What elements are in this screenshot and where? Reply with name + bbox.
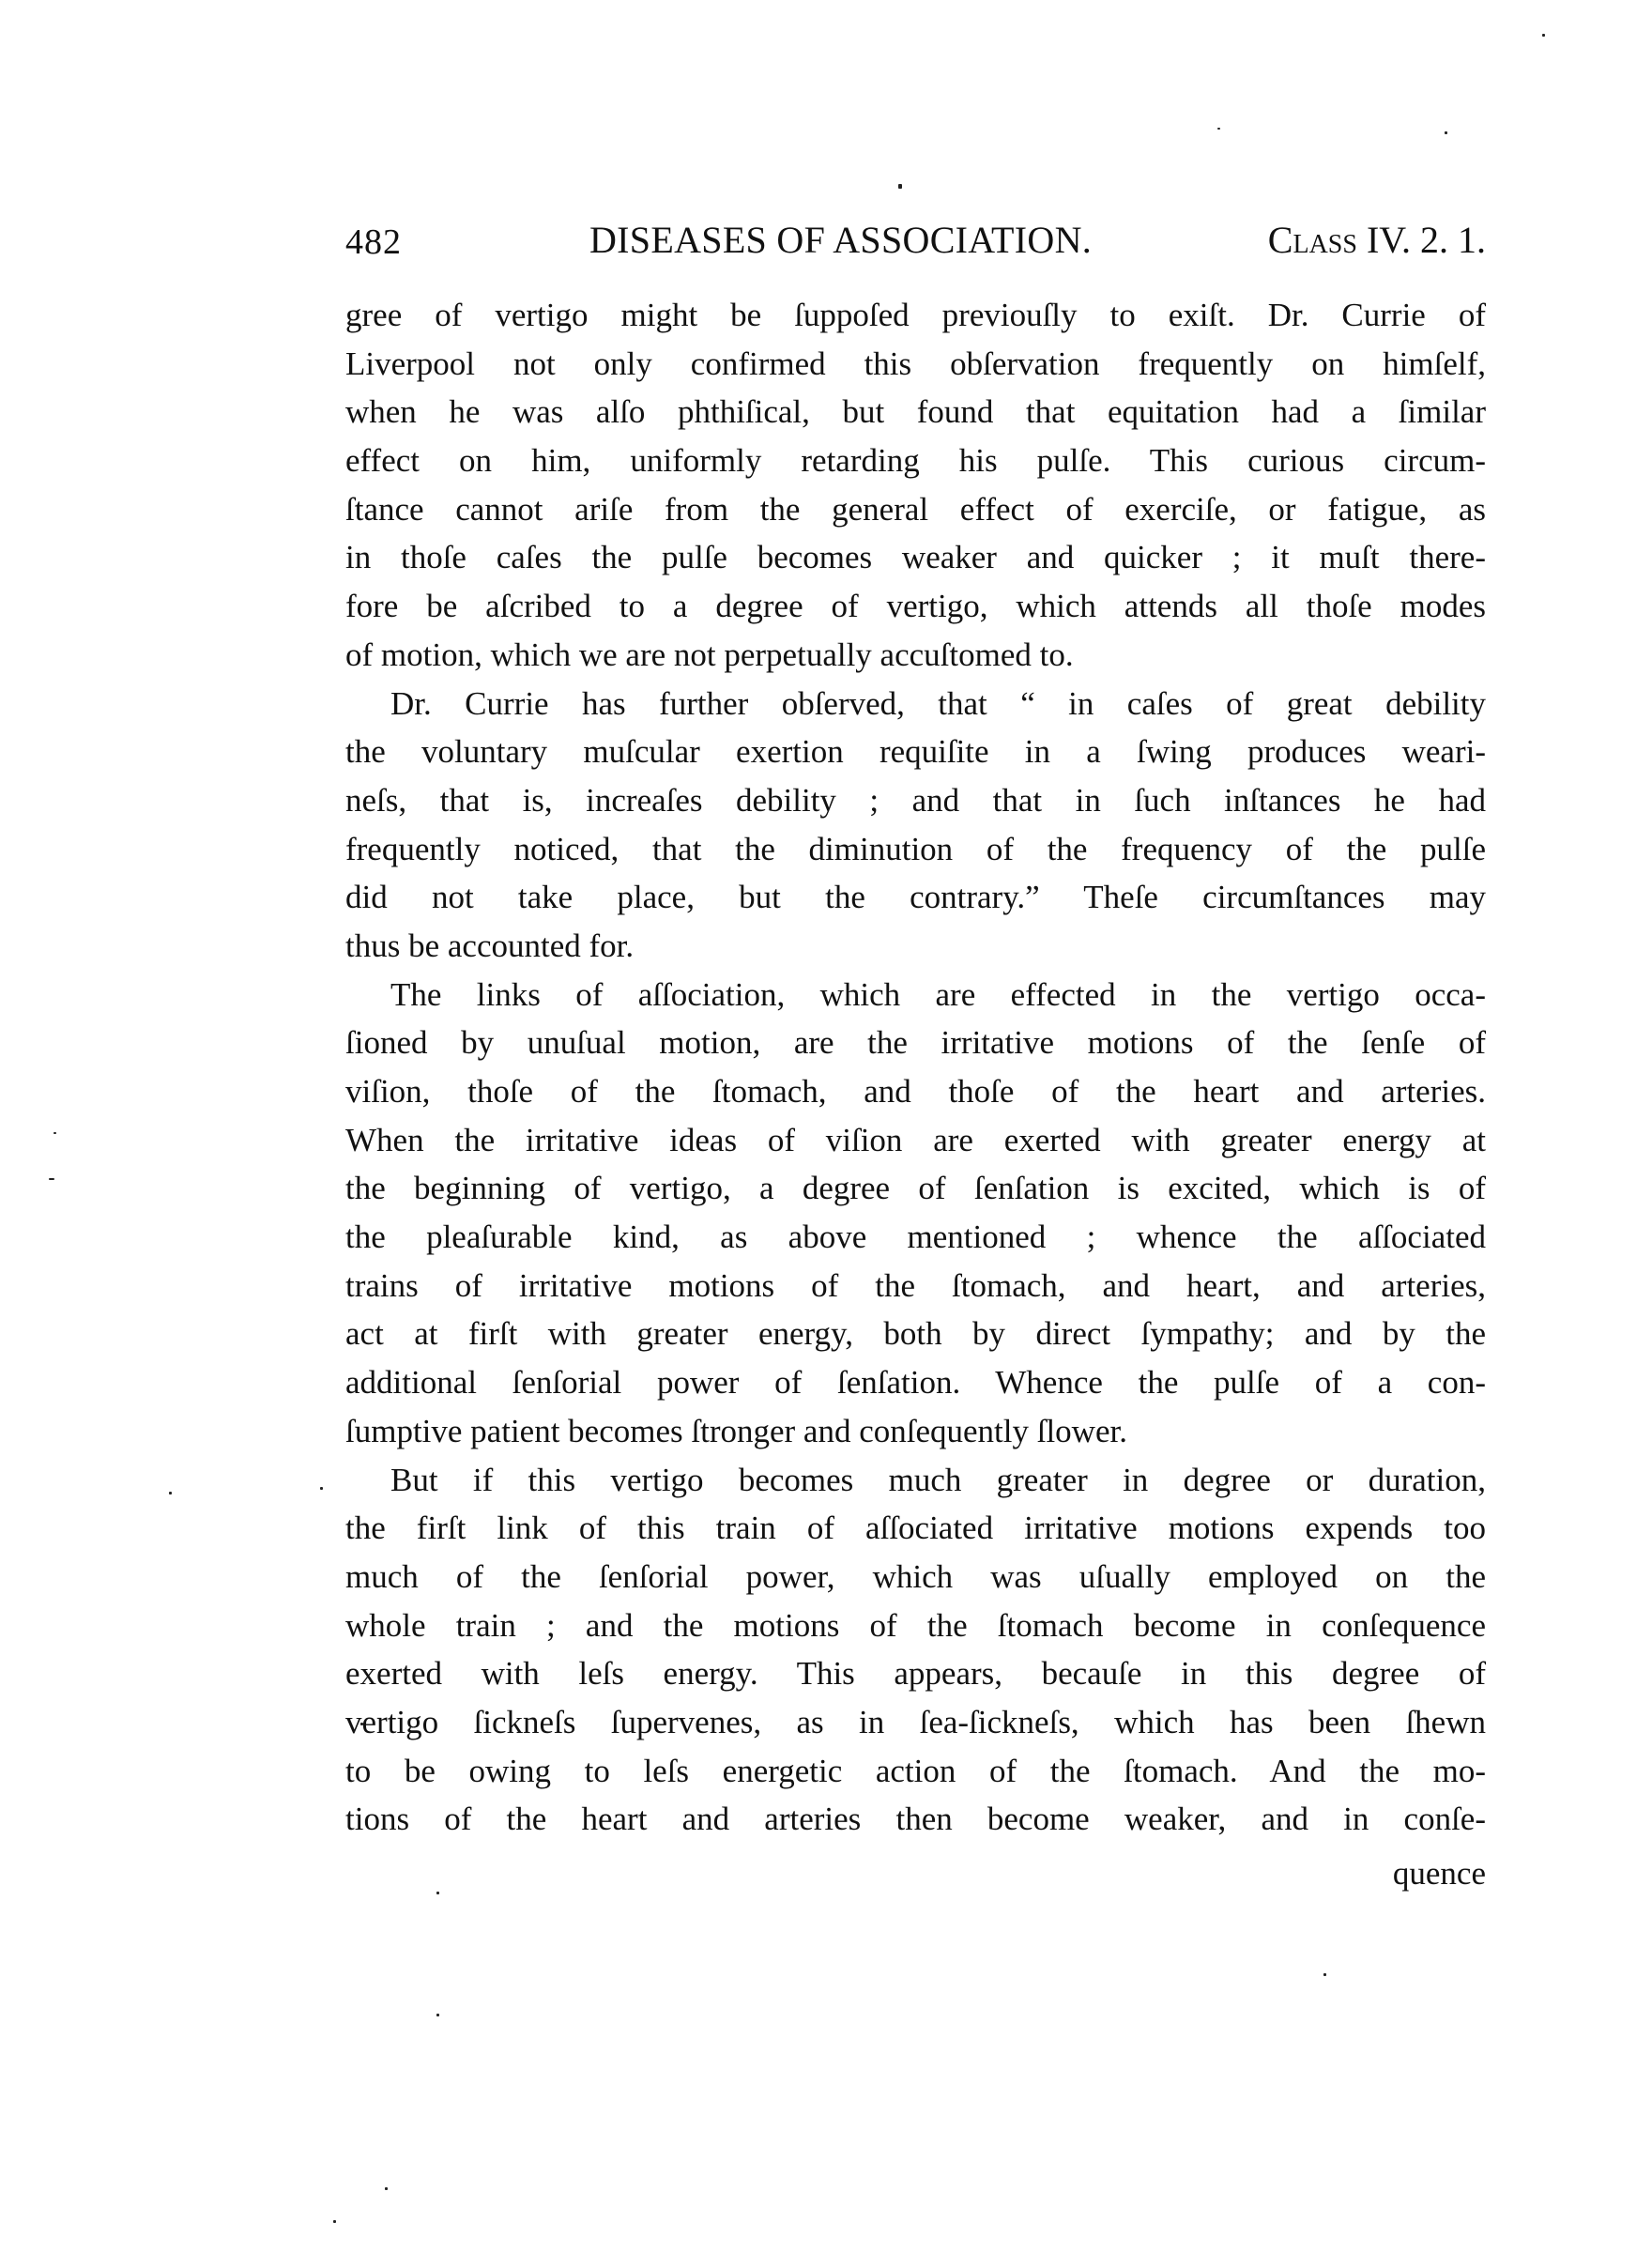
text-line: act at firſt with greater energy, both b…: [345, 1310, 1486, 1358]
catchword: quence: [1393, 1853, 1486, 1894]
scan-speck: [1217, 128, 1220, 130]
scan-speck: [436, 2014, 439, 2016]
text-line: fore be aſcribed to a degree of vertigo,…: [345, 582, 1486, 631]
text-line: to be owing to leſs energetic action of …: [345, 1747, 1486, 1796]
book-page: 482 DISEASES OF ASSOCIATION. Class IV. 2…: [0, 0, 1652, 2253]
scan-speck: [54, 1132, 56, 1134]
text-line: in thoſe caſes the pulſe becomes weaker …: [345, 533, 1486, 582]
text-line: the firſt link of this train of aſſociat…: [345, 1504, 1486, 1553]
scan-speck: [320, 1487, 323, 1490]
text-line: trains of irritative motions of the ſtom…: [345, 1262, 1486, 1310]
scan-speck: [1323, 1973, 1326, 1976]
scan-speck: [49, 1178, 54, 1180]
text-line: thus be accounted for.: [345, 922, 1486, 971]
running-head-title: DISEASES OF ASSOCIATION.: [589, 220, 1092, 261]
scan-speck: [333, 2220, 336, 2223]
text-line: exerted with leſs energy. This appears, …: [345, 1649, 1486, 1698]
page-number: 482: [345, 222, 402, 263]
text-line: frequently noticed, that the diminution …: [345, 825, 1486, 874]
text-line: when he was alſo phthiſical, but found t…: [345, 388, 1486, 437]
text-line: much of the ſenſorial power, which was u…: [345, 1553, 1486, 1602]
text-line: neſs, that is, increaſes debility ; and …: [345, 776, 1486, 825]
body-text: gree of vertigo might be ſuppoſed previo…: [345, 291, 1486, 1844]
text-line: But if this vertigo becomes much greater…: [345, 1456, 1486, 1505]
scan-speck: [1542, 34, 1545, 37]
scan-speck: [169, 1492, 172, 1494]
class-reference: Class IV. 2. 1.: [1268, 220, 1486, 261]
text-line: the voluntary muſcular exertion requiſit…: [345, 728, 1486, 776]
text-line: additional ſenſorial power of ſenſation.…: [345, 1358, 1486, 1407]
text-line: whole train ; and the motions of the ſto…: [345, 1602, 1486, 1650]
text-line: of motion, which we are not perpetually …: [345, 631, 1486, 680]
paragraph-3: The links of aſſociation, which are effe…: [345, 971, 1486, 1456]
text-line: ſioned by unuſual motion, are the irrita…: [345, 1019, 1486, 1067]
paragraph-2: Dr. Currie has further obſerved, that “ …: [345, 680, 1486, 971]
text-line: vertigo ſickneſs ſupervenes, as in ſea-ſ…: [345, 1698, 1486, 1747]
scan-speck: [1445, 131, 1447, 134]
text-line: the pleaſurable kind, as above mentioned…: [345, 1213, 1486, 1262]
text-line: gree of vertigo might be ſuppoſed previo…: [345, 291, 1486, 340]
paragraph-4: But if this vertigo becomes much greater…: [345, 1456, 1486, 1845]
text-line: ſtance cannot ariſe from the general eff…: [345, 485, 1486, 534]
text-line: The links of aſſociation, which are effe…: [345, 971, 1486, 1019]
text-line: When the irritative ideas of viſion are …: [345, 1116, 1486, 1165]
text-line: Liverpool not only confirmed this obſerv…: [345, 340, 1486, 389]
scan-speck: [436, 1892, 439, 1894]
text-line: viſion, thoſe of the ſtomach, and thoſe …: [345, 1067, 1486, 1116]
text-line: effect on him, uniformly retarding his p…: [345, 437, 1486, 485]
text-line: ſumptive patient becomes ſtronger and co…: [345, 1407, 1486, 1456]
scan-speck: [385, 2187, 388, 2190]
running-head: 482 DISEASES OF ASSOCIATION. Class IV. 2…: [345, 214, 1486, 267]
text-line: the beginning of vertigo, a degree of ſe…: [345, 1164, 1486, 1213]
text-line: Dr. Currie has further obſerved, that “ …: [345, 680, 1486, 728]
text-line: did not take place, but the contrary.” T…: [345, 873, 1486, 922]
paragraph-1: gree of vertigo might be ſuppoſed previo…: [345, 291, 1486, 680]
scan-speck: [898, 184, 902, 189]
text-line: tions of the heart and arteries then bec…: [345, 1795, 1486, 1844]
